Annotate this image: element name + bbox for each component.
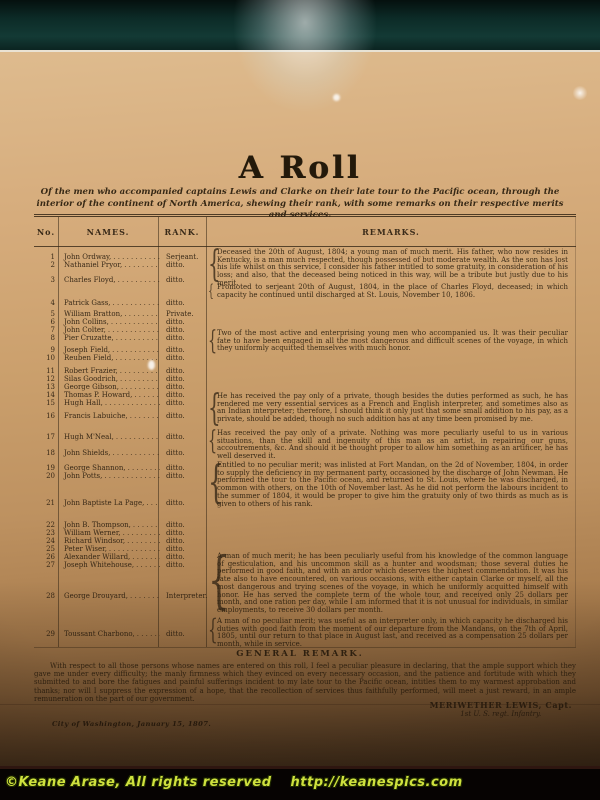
dot-leader: . . . . . . . . . . . . . . bbox=[116, 276, 160, 285]
remark-text: He has received the pay only of a privat… bbox=[217, 393, 568, 424]
row-rank: ditto. bbox=[160, 449, 210, 458]
left-brace-icon: { bbox=[208, 249, 213, 280]
remark-block: {Has received the pay only of a private.… bbox=[208, 430, 568, 461]
row-number: 28 bbox=[34, 592, 58, 601]
table-header-row: No. NAMES. RANK. REMARKS. bbox=[34, 217, 576, 247]
header-remarks: REMARKS. bbox=[206, 227, 576, 237]
dot-leader: . . . . . . . . . . . . . . bbox=[128, 592, 160, 601]
remark-text: Deceased the 20th of August, 1804; a you… bbox=[217, 249, 568, 288]
photo-stage: A Roll Of the men who accompanied captai… bbox=[0, 0, 600, 800]
dot-leader: . . . . . . . . . . . . . . bbox=[144, 499, 160, 508]
row-number: 20 bbox=[34, 472, 58, 481]
signature-block: MERIWETHER LEWIS, Capt. 1st U. S. regt. … bbox=[430, 700, 572, 718]
remark-text: A man of no peculiar merit; was useful a… bbox=[217, 618, 568, 649]
row-number: 10 bbox=[34, 354, 58, 363]
general-remark-heading: GENERAL REMARK. bbox=[0, 649, 600, 659]
signature-name: MERIWETHER LEWIS, Capt. bbox=[430, 700, 572, 710]
watermark-credit: ©Keane Arase, All rights reserved bbox=[5, 775, 272, 790]
dateline: City of Washington, January 15, 1807. bbox=[52, 720, 211, 728]
remark-text: Has received the pay only of a private. … bbox=[217, 430, 568, 461]
remark-text: Promoted to serjeant 20th of August, 180… bbox=[217, 284, 568, 299]
dot-leader: . . . . . . . . . . . . . . bbox=[111, 299, 160, 308]
row-rank: ditto. bbox=[160, 334, 210, 343]
dot-leader: . . . . . . . . . . . . . . bbox=[134, 561, 160, 570]
row-number: 17 bbox=[34, 433, 58, 442]
row-name: Reuben Field, . . . . . . . . . . . . . … bbox=[58, 354, 160, 363]
row-rank: ditto. bbox=[160, 299, 210, 308]
left-brace-icon: { bbox=[208, 553, 213, 607]
dot-leader: . . . . . . . . . . . . . . bbox=[128, 412, 160, 421]
header-no: No. bbox=[34, 227, 58, 237]
paper-seam bbox=[0, 704, 600, 705]
row-number: 15 bbox=[34, 399, 58, 408]
header-rank: RANK. bbox=[158, 227, 206, 237]
row-name: Hugh M'Neal, . . . . . . . . . . . . . . bbox=[58, 433, 160, 442]
remark-block: {Entitled to no peculiar merit; was inli… bbox=[208, 462, 568, 508]
remark-block: {A man of much merit; he has been peculi… bbox=[208, 553, 568, 615]
row-rank: Interpreter. bbox=[160, 592, 210, 601]
row-name: Nathaniel Pryor, . . . . . . . . . . . .… bbox=[58, 261, 160, 270]
table-row: 10Reuben Field, . . . . . . . . . . . . … bbox=[34, 354, 576, 363]
dot-leader: . . . . . . . . . . . . . . bbox=[114, 433, 160, 442]
row-name: Pier Cruzatte, . . . . . . . . . . . . .… bbox=[58, 334, 160, 343]
remark-block: {Two of the most active and enterprising… bbox=[208, 330, 568, 353]
table-row: 4Patrick Gass, . . . . . . . . . . . . .… bbox=[34, 299, 576, 308]
left-brace-icon: { bbox=[208, 462, 213, 501]
watermark-text: ©Keane Arase, All rights reserved http:/… bbox=[5, 775, 463, 790]
row-rank: ditto. bbox=[160, 433, 210, 442]
left-brace-icon: { bbox=[208, 393, 213, 424]
remark-block: {Deceased the 20th of August, 1804; a yo… bbox=[208, 249, 568, 288]
table-body: 1John Ordway, . . . . . . . . . . . . . … bbox=[34, 247, 576, 647]
left-brace-icon: { bbox=[208, 330, 213, 353]
document-title: A Roll bbox=[0, 150, 600, 186]
display-case-background bbox=[0, 0, 600, 52]
dot-leader: . . . . . . . . . . . . . . bbox=[110, 449, 160, 458]
dot-leader: . . . . . . . . . . . . . . bbox=[114, 334, 160, 343]
row-name: Hugh Hall, . . . . . . . . . . . . . . bbox=[58, 399, 160, 408]
row-rank: ditto. bbox=[160, 412, 210, 421]
dot-leader: . . . . . . . . . . . . . . bbox=[135, 630, 160, 639]
row-name: Charles Floyd, . . . . . . . . . . . . .… bbox=[58, 276, 160, 285]
signature-title: 1st U. S. regt. Infantry. bbox=[430, 710, 572, 718]
row-number: 29 bbox=[34, 630, 58, 639]
row-number: 3 bbox=[34, 276, 58, 285]
remark-block: {A man of no peculiar merit; was useful … bbox=[208, 618, 568, 649]
document-paper: A Roll Of the men who accompanied captai… bbox=[0, 50, 600, 766]
row-name: John Potts, . . . . . . . . . . . . . . bbox=[58, 472, 160, 481]
roll-table: No. NAMES. RANK. REMARKS. 1John Ordway, … bbox=[34, 214, 576, 648]
left-brace-icon: { bbox=[208, 430, 213, 453]
row-number: 18 bbox=[34, 449, 58, 458]
row-rank: ditto. bbox=[160, 399, 210, 408]
row-number: 4 bbox=[34, 299, 58, 308]
row-number: 2 bbox=[34, 261, 58, 270]
dot-leader: . . . . . . . . . . . . . . bbox=[103, 399, 160, 408]
row-number: 27 bbox=[34, 561, 58, 570]
left-brace-icon: { bbox=[208, 618, 213, 642]
dot-leader: . . . . . . . . . . . . . . bbox=[113, 354, 160, 363]
general-remark-text: With respect to all those persons whose … bbox=[34, 662, 576, 703]
row-name: John Baptiste La Page, . . . . . . . . .… bbox=[58, 499, 160, 508]
row-rank: ditto. bbox=[160, 276, 210, 285]
remark-block: {He has received the pay only of a priva… bbox=[208, 393, 568, 424]
row-name: John Shields, . . . . . . . . . . . . . … bbox=[58, 449, 160, 458]
dot-leader: . . . . . . . . . . . . . . bbox=[102, 472, 160, 481]
row-name: Joseph Whitehouse, . . . . . . . . . . .… bbox=[58, 561, 160, 570]
watermark-url: http://keanespics.com bbox=[291, 775, 463, 790]
dot-leader: . . . . . . . . . . . . . . bbox=[122, 261, 160, 270]
remark-text: Entitled to no peculiar merit; was inlis… bbox=[217, 462, 568, 508]
remark-text: Two of the most active and enterprising … bbox=[217, 330, 568, 353]
row-rank: ditto. bbox=[160, 630, 210, 639]
left-brace-icon: { bbox=[208, 284, 213, 299]
row-rank: ditto. bbox=[160, 354, 210, 363]
row-number: 16 bbox=[34, 412, 58, 421]
row-number: 21 bbox=[34, 499, 58, 508]
remark-block: {Promoted to serjeant 20th of August, 18… bbox=[208, 284, 568, 299]
header-names: NAMES. bbox=[58, 227, 158, 237]
watermark-bar: ©Keane Arase, All rights reserved http:/… bbox=[0, 766, 600, 800]
row-number: 8 bbox=[34, 334, 58, 343]
row-name: Patrick Gass, . . . . . . . . . . . . . … bbox=[58, 299, 160, 308]
row-rank: ditto. bbox=[160, 472, 210, 481]
row-name: George Drouyard, . . . . . . . . . . . .… bbox=[58, 592, 160, 601]
row-name: Francis Labuiche, . . . . . . . . . . . … bbox=[58, 412, 160, 421]
row-rank: ditto. bbox=[160, 499, 210, 508]
row-rank: ditto. bbox=[160, 561, 210, 570]
remark-text: A man of much merit; he has been peculia… bbox=[217, 553, 568, 615]
row-name: Toussant Charbono, . . . . . . . . . . .… bbox=[58, 630, 160, 639]
row-rank: ditto. bbox=[160, 261, 210, 270]
